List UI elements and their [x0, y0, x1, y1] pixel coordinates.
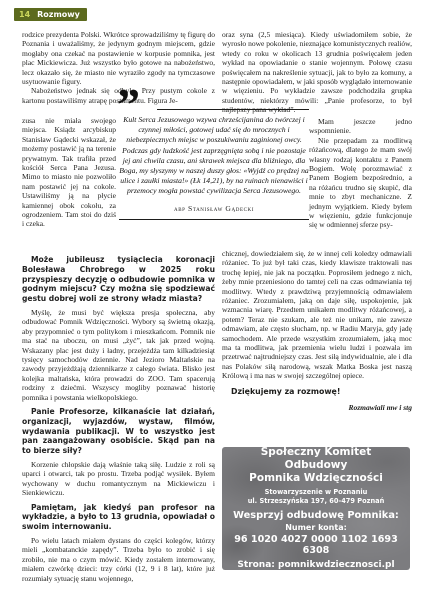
ad-account-label: Numer konta: — [228, 523, 404, 533]
page-header: 14 Rozmowy — [14, 8, 87, 21]
paragraph: chicznej, dowiedziałem się, że w innej c… — [222, 249, 412, 381]
ad-website: Strona: pomnikwdziecznosci.pl — [228, 560, 404, 571]
ad-title-line2: Pomnika Wdzięczności — [228, 472, 404, 485]
ad-title-line1: Społeczny Komitet Odbudowy — [228, 446, 404, 471]
quote-attribution: abp Stanisław Gądecki — [119, 204, 309, 213]
quote-rule-bottom — [119, 219, 309, 220]
section-title: Rozmowy — [37, 8, 80, 21]
closing-thanks: Dziękujemy za rozmowę! — [222, 387, 412, 396]
quote-mark-icon: ” — [117, 82, 140, 128]
interview-question: Pamiętam, jak kiedyś pan profesor na wyk… — [22, 503, 215, 532]
magazine-page: 14 Rozmowy rodzice prezydenta Polski. Wk… — [0, 0, 431, 599]
ad-subtitle-line1: Stowarzyszenie w Poznaniu — [228, 488, 404, 496]
ad-account-number: 96 1020 4027 0000 1102 1693 6308 — [228, 534, 404, 557]
right-column-bottom: chicznej, dowiedziałem się, że w innej c… — [222, 249, 412, 413]
right-column-narrow: Mam jeszcze jedno wspomnienie. Nie przep… — [309, 117, 412, 230]
ad-address: ul. Strzeszyńska 197, 60-479 Poznań — [228, 497, 404, 505]
left-column-bottom: Może jubileusz tysiąclecia koronacji Bol… — [22, 250, 215, 585]
interview-question: Panie Profesorze, kilkanaście lat działa… — [22, 407, 215, 456]
ad-cta: Wesprzyj odbudowę Pomnika: — [228, 510, 404, 522]
right-column-top: oraz syna (2,5 miesiąca). Kiedy uświadom… — [222, 30, 412, 115]
pull-quote: ” Kult Serca Jezusowego wzywa chrześcija… — [119, 98, 309, 220]
paragraph: oraz syna (2,5 miesiąca). Kiedy uświadom… — [222, 30, 412, 115]
paragraph: Mam jeszcze jedno wspomnienie. — [309, 117, 412, 136]
page-number: 14 — [19, 8, 30, 21]
interview-answer: Myślę, że musi być większa presja społec… — [22, 308, 215, 402]
left-column-narrow: zusa nie miała swojego miejsca. Ksiądz a… — [22, 116, 116, 229]
interview-answer: Po wielu latach miałem dystans do części… — [22, 536, 215, 583]
paragraph: zusa nie miała swojego miejsca. Ksiądz a… — [22, 116, 116, 229]
interview-byline: Rozmawiali mw i stg — [222, 403, 412, 412]
interview-question: Może jubileusz tysiąclecia koronacji Bol… — [22, 255, 215, 304]
ad-box-pomnik-wdziecznosci: Społeczny Komitet Odbudowy Pomnika Wdzię… — [222, 447, 410, 570]
paragraph: Nie przepadam za modlitwą różańcową, dla… — [309, 136, 412, 230]
interview-answer: Korzenie chłopskie dają właśnie taką sił… — [22, 460, 215, 498]
paragraph: rodzice prezydenta Polski. Wkrótce sprow… — [22, 30, 215, 86]
